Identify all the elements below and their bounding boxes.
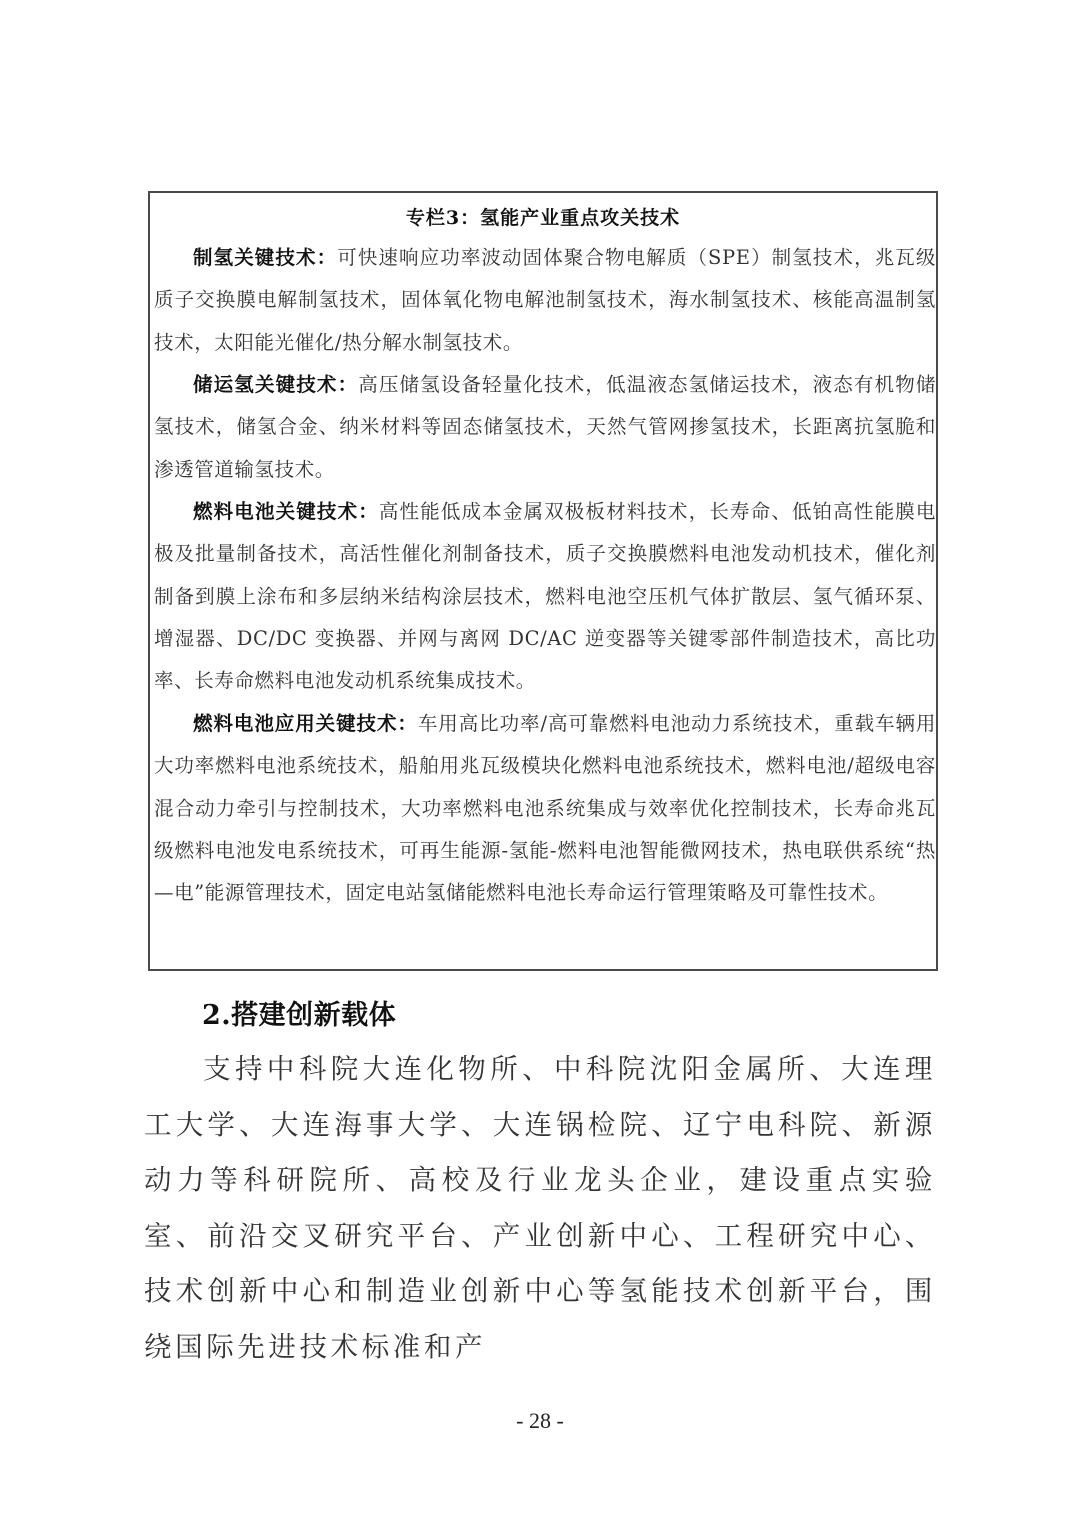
- column-title: 专栏3：氢能产业重点攻关技术: [150, 205, 936, 231]
- paragraph-text: 车用高比功率/高可靠燃料电池动力系统技术，重载车辆用大功率燃料电池系统技术，船舶…: [154, 712, 936, 904]
- document-page: 专栏3：氢能产业重点攻关技术 制氢关键技术：可快速响应功率波动固体聚合物电解质（…: [0, 0, 1080, 1526]
- section-body-paragraph: 支持中科院大连化物所、中科院沈阳金属所、大连理工大学、大连海事大学、大连锅检院、…: [144, 1042, 936, 1375]
- column-paragraph-hydrogen-production: 制氢关键技术：可快速响应功率波动固体聚合物电解质（SPE）制氢技术，兆瓦级质子交…: [154, 237, 936, 364]
- column-paragraph-fuel-cell-application: 燃料电池应用关键技术：车用高比功率/高可靠燃料电池动力系统技术，重载车辆用大功率…: [154, 703, 936, 914]
- paragraph-text: 高性能低成本金属双极板材料技术，长寿命、低铂高性能膜电极及批量制备技术，高活性催…: [154, 500, 936, 692]
- section-heading: 2.搭建创新载体: [202, 996, 396, 1036]
- page-number: - 28 -: [0, 1408, 1080, 1434]
- paragraph-lead: 燃料电池关键技术：: [193, 500, 379, 523]
- paragraph-lead: 燃料电池应用关键技术：: [193, 712, 418, 735]
- column-paragraph-hydrogen-storage: 储运氢关键技术：高压储氢设备轻量化技术，低温液态氢储运技术，液态有机物储氢技术，…: [154, 364, 936, 491]
- paragraph-lead: 储运氢关键技术：: [193, 373, 358, 396]
- paragraph-lead: 制氢关键技术：: [193, 246, 337, 269]
- feature-column-box: 专栏3：氢能产业重点攻关技术 制氢关键技术：可快速响应功率波动固体聚合物电解质（…: [148, 191, 938, 971]
- column-paragraph-fuel-cell: 燃料电池关键技术：高性能低成本金属双极板材料技术，长寿命、低铂高性能膜电极及批量…: [154, 491, 936, 702]
